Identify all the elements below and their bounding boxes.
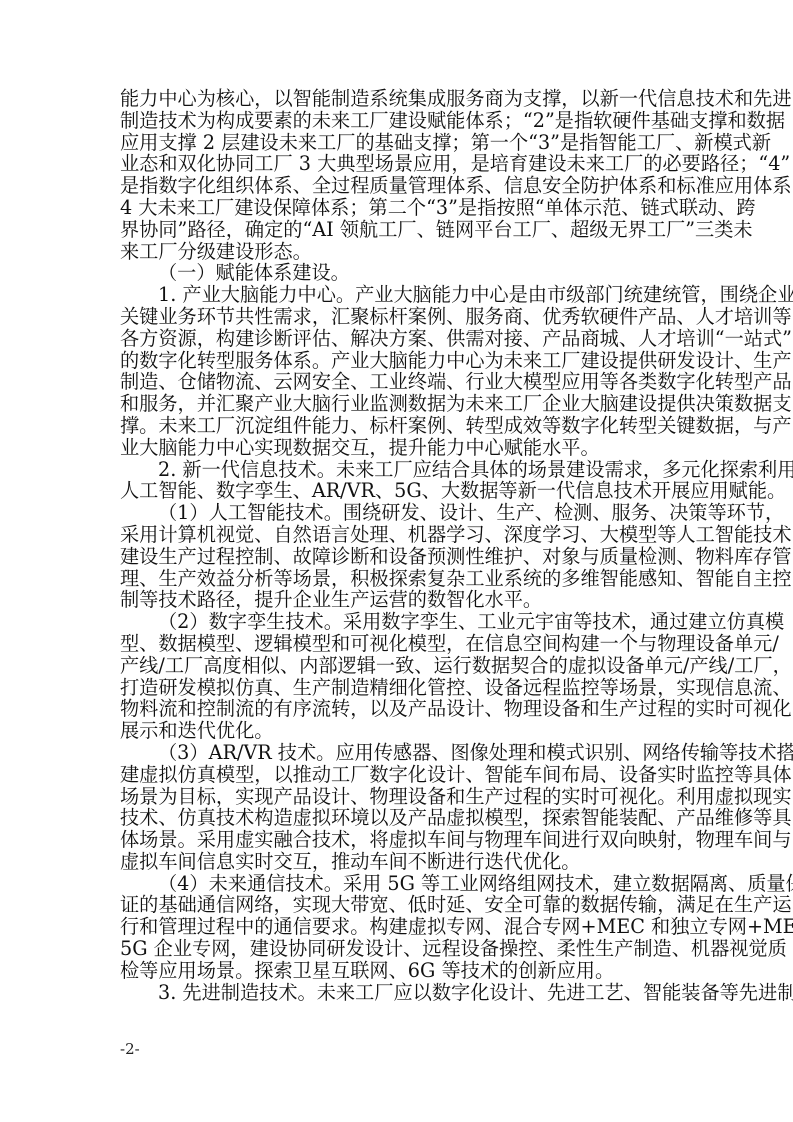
text-line: 和服务，并汇聚产业大脑行业监测数据为未来工厂企业大脑建设提供决策数据支 bbox=[120, 393, 676, 415]
text-line: 撑。未来工厂沉淀组件能力、标杆案例、转型成效等数字化转型关键数据，与产 bbox=[120, 415, 676, 437]
text-line: 制造、仓储物流、云网安全、工业终端、行业大模型应用等各类数字化转型产品 bbox=[120, 371, 676, 393]
text-line: 3. 先进制造技术。未来工厂应以数字化设计、先进工艺、智能装备等先进制 bbox=[120, 982, 676, 1004]
text-line: 是指数字化组织体系、全过程质量管理体系、信息安全防护体系和标准应用体系 bbox=[120, 175, 676, 197]
text-line: 物料流和控制流的有序流转，以及产品设计、物理设备和生产过程的实时可视化 bbox=[120, 698, 676, 720]
text-line: 业态和双化协同工厂 3 大典型场景应用，是培育建设未来工厂的必要路径；“4” bbox=[120, 153, 676, 175]
text-line: （一）赋能体系建设。 bbox=[120, 262, 676, 284]
text-line: 制等技术路径，提升企业生产运营的数智化水平。 bbox=[120, 589, 676, 611]
text-line: 采用计算机视觉、自然语言处理、机器学习、深度学习、大模型等人工智能技术， bbox=[120, 524, 676, 546]
text-line: 关键业务环节共性需求，汇聚标杆案例、服务商、优秀软硬件产品、人才培训等 bbox=[120, 306, 676, 328]
text-line: 行和管理过程中的通信要求。构建虚拟专网、混合专网+MEC 和独立专网+MEC 等 bbox=[120, 916, 676, 938]
text-line: （1）人工智能技术。围绕研发、设计、生产、检测、服务、决策等环节， bbox=[120, 502, 676, 524]
text-line: 场景为目标，实现产品设计、物理设备和生产过程的实时可视化。利用虚拟现实 bbox=[120, 786, 676, 808]
text-line: 5G 企业专网，建设协同研发设计、远程设备操控、柔性生产制造、机器视觉质 bbox=[120, 938, 676, 960]
text-line: 人工智能、数字孪生、AR/VR、5G、大数据等新一代信息技术开展应用赋能。 bbox=[120, 480, 676, 502]
text-line: 建虚拟仿真模型，以推动工厂数字化设计、智能车间布局、设备实时监控等具体 bbox=[120, 764, 676, 786]
text-line: 制造技术为构成要素的未来工厂建设赋能体系；“2”是指软硬件基础支撑和数据 bbox=[120, 110, 676, 132]
text-line: 建设生产过程控制、故障诊断和设备预测性维护、对象与质量检测、物料库存管 bbox=[120, 546, 676, 568]
page-number: -2- bbox=[120, 1040, 140, 1058]
text-line: 界协同”路径，确定的“AI 领航工厂、链网平台工厂、超级无界工厂”三类未 bbox=[120, 219, 676, 241]
text-line: 来工厂分级建设形态。 bbox=[120, 241, 676, 263]
text-line: 检等应用场景。探索卫星互联网、6G 等技术的创新应用。 bbox=[120, 960, 676, 982]
text-line: 4 大未来工厂建设保障体系；第二个“3”是指按照“单体示范、链式联动、跨 bbox=[120, 197, 676, 219]
text-line: 展示和迭代优化。 bbox=[120, 720, 676, 742]
text-line: 业大脑能力中心实现数据交互，提升能力中心赋能水平。 bbox=[120, 437, 676, 459]
text-line: （4）未来通信技术。采用 5G 等工业网络组网技术，建立数据隔离、质量保 bbox=[120, 873, 676, 895]
text-line: 应用支撑 2 层建设未来工厂的基础支撑；第一个“3”是指智能工厂、新模式新 bbox=[120, 132, 676, 154]
text-line: 理、生产效益分析等场景，积极探索复杂工业系统的多维智能感知、智能自主控 bbox=[120, 568, 676, 590]
text-line: 各方资源，构建诊断评估、解决方案、供需对接、产品商城、人才培训“一站式” bbox=[120, 328, 676, 350]
text-line: 型、数据模型、逻辑模型和可视化模型，在信息空间构建一个与物理设备单元/ bbox=[120, 633, 676, 655]
text-line: 技术、仿真技术构造虚拟环境以及产品虚拟模型，探索智能装配、产品维修等具 bbox=[120, 807, 676, 829]
text-line: 证的基础通信网络，实现大带宽、低时延、安全可靠的数据传输，满足在生产运 bbox=[120, 894, 676, 916]
document-page: 能力中心为核心，以智能制造系统集成服务商为支撑，以新一代信息技术和先进制造技术为… bbox=[120, 88, 676, 1003]
text-line: （2）数字孪生技术。采用数字孪生、工业元宇宙等技术，通过建立仿真模 bbox=[120, 611, 676, 633]
text-line: 的数字化转型服务体系。产业大脑能力中心为未来工厂建设提供研发设计、生产 bbox=[120, 350, 676, 372]
text-line: 2. 新一代信息技术。未来工厂应结合具体的场景建设需求，多元化探索利用 bbox=[120, 459, 676, 481]
text-line: 体场景。采用虚实融合技术，将虚拟车间与物理车间进行双向映射，物理车间与 bbox=[120, 829, 676, 851]
text-line: 1. 产业大脑能力中心。产业大脑能力中心是由市级部门统建统管，围绕企业 bbox=[120, 284, 676, 306]
text-line: 打造研发模拟仿真、生产制造精细化管控、设备远程监控等场景，实现信息流、 bbox=[120, 677, 676, 699]
text-line: 虚拟车间信息实时交互，推动车间不断进行迭代优化。 bbox=[120, 851, 676, 873]
text-line: （3）AR/VR 技术。应用传感器、图像处理和模式识别、网络传输等技术搭 bbox=[120, 742, 676, 764]
text-line: 能力中心为核心，以智能制造系统集成服务商为支撑，以新一代信息技术和先进 bbox=[120, 88, 676, 110]
text-line: 产线/工厂高度相似、内部逻辑一致、运行数据契合的虚拟设备单元/产线/工厂， bbox=[120, 655, 676, 677]
